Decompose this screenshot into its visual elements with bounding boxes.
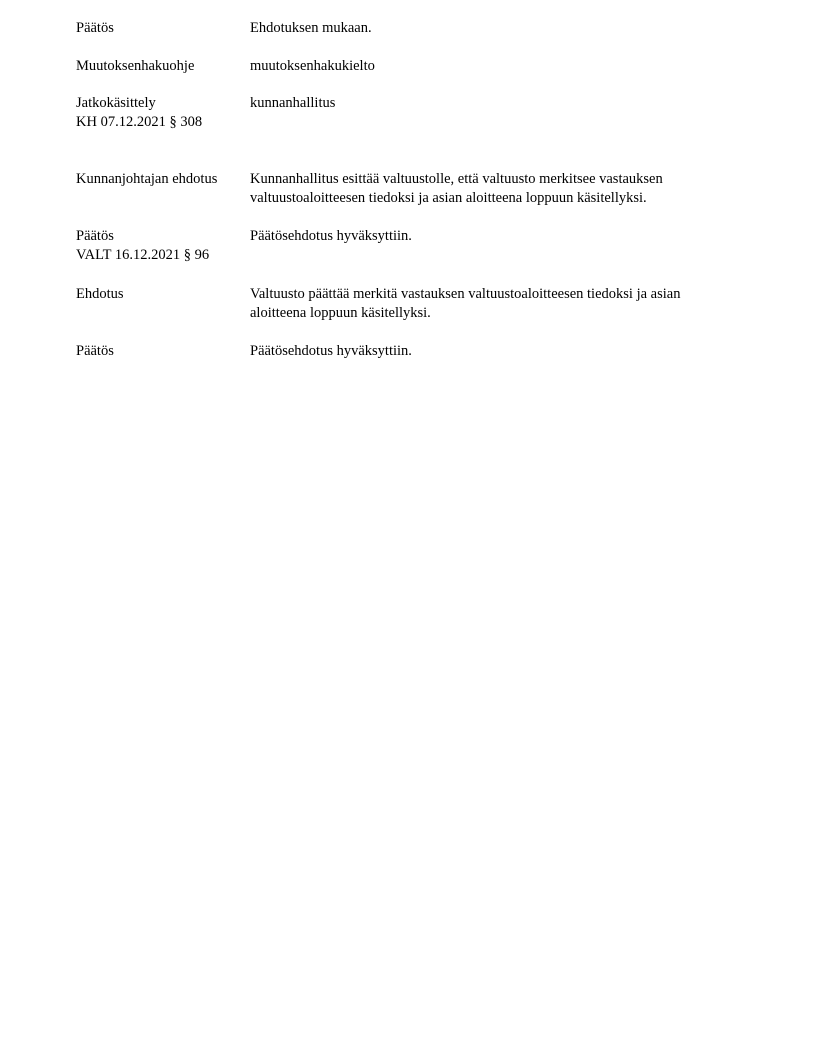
row-value: Päätösehdotus hyväksyttiin. <box>250 342 740 361</box>
row-value: Päätösehdotus hyväksyttiin. <box>250 227 740 246</box>
row-value: Ehdotuksen mukaan. <box>250 19 740 38</box>
meeting-reference: VALT 16.12.2021 § 96 <box>76 246 246 265</box>
value-text: aloitteena loppuun käsitellyksi. <box>250 304 740 323</box>
label-text: Kunnanjohtajan ehdotus <box>76 170 246 189</box>
row-label: Jatkokäsittely KH 07.12.2021 § 308 <box>76 94 246 132</box>
value-text: Päätösehdotus hyväksyttiin. <box>250 227 740 246</box>
row-value: kunnanhallitus <box>250 94 740 113</box>
label-text: Päätös <box>76 342 246 361</box>
row-label: Päätös <box>76 342 246 361</box>
label-text: Päätös <box>76 19 246 38</box>
row-value: muutoksenhakukielto <box>250 57 740 76</box>
value-text: Päätösehdotus hyväksyttiin. <box>250 342 740 361</box>
row-label: Päätös <box>76 19 246 38</box>
row-label: Muutoksenhakuohje <box>76 57 246 76</box>
label-text: Ehdotus <box>76 285 246 304</box>
row-value: Valtuusto päättää merkitä vastauksen val… <box>250 285 740 323</box>
value-text: kunnanhallitus <box>250 94 740 113</box>
row-label: Päätös VALT 16.12.2021 § 96 <box>76 227 246 265</box>
row-label: Kunnanjohtajan ehdotus <box>76 170 246 189</box>
value-text: Valtuusto päättää merkitä vastauksen val… <box>250 285 740 304</box>
row-label: Ehdotus <box>76 285 246 304</box>
label-text: Jatkokäsittely <box>76 94 246 113</box>
value-text: Kunnanhallitus esittää valtuustolle, ett… <box>250 170 740 189</box>
meeting-reference: KH 07.12.2021 § 308 <box>76 113 246 132</box>
value-text: valtuustoaloitteesen tiedoksi ja asian a… <box>250 189 740 208</box>
document-page: Päätös Ehdotuksen mukaan. Muutoksenhakuo… <box>0 0 816 1056</box>
value-text: Ehdotuksen mukaan. <box>250 19 740 38</box>
label-text: Päätös <box>76 227 246 246</box>
label-text: Muutoksenhakuohje <box>76 57 246 76</box>
row-value: Kunnanhallitus esittää valtuustolle, ett… <box>250 170 740 208</box>
value-text: muutoksenhakukielto <box>250 57 740 76</box>
